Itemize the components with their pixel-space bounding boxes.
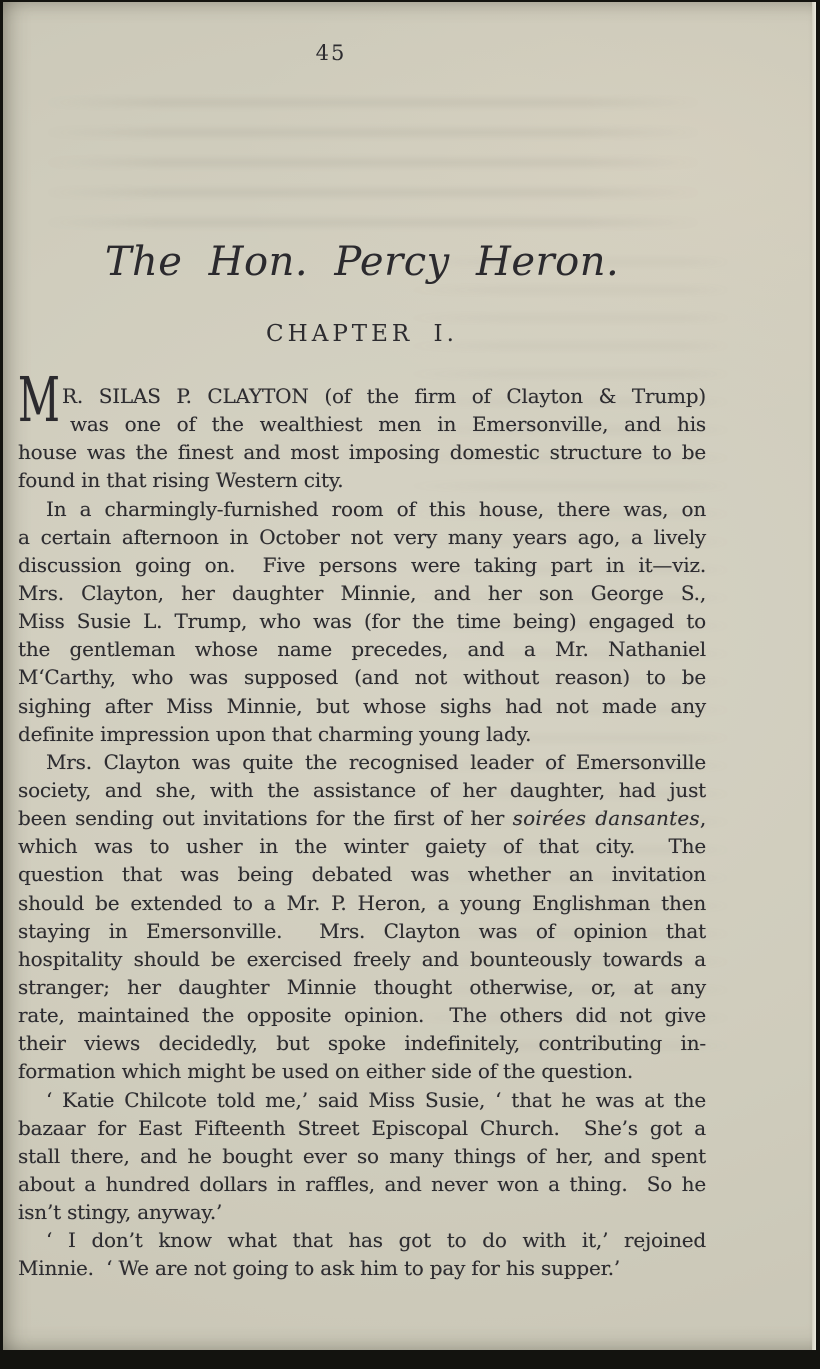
text-line: which was to usher in the winter gaiety …: [18, 832, 706, 860]
text-line: rate, maintained the opposite opinion. T…: [18, 1001, 706, 1029]
text-line: ‘ I don’t know what that has got to do w…: [18, 1226, 706, 1254]
text-line: about a hundred dollars in raffles, and …: [18, 1170, 706, 1198]
drop-cap: M: [18, 377, 60, 422]
text-line: the gentleman whose name precedes, and a…: [18, 635, 706, 663]
paragraph: MR. SILAS P. CLAYTON (of the firm of Cla…: [18, 382, 706, 495]
text-line: question that was being debated was whet…: [18, 860, 706, 888]
page-number: 45: [0, 41, 681, 65]
text-line: hospitality should be exercised freely a…: [18, 945, 706, 973]
chapter-heading: CHAPTER I.: [18, 321, 706, 347]
text-line: bazaar for East Fifteenth Street Episcop…: [18, 1114, 706, 1142]
paragraph: Mrs. Clayton was quite the recognised le…: [18, 748, 706, 1086]
text-line: stranger; her daughter Minnie thought ot…: [18, 973, 706, 1001]
text-line: In a charmingly-furnished room of this h…: [18, 495, 706, 523]
paragraph: In a charmingly-furnished room of this h…: [18, 495, 706, 748]
text-line: isn’t stingy, anyway.’: [18, 1198, 706, 1226]
scanned-book-page: 45 The Hon. Percy Heron. CHAPTER I. MR. …: [0, 0, 820, 1369]
paper-page: 45 The Hon. Percy Heron. CHAPTER I. MR. …: [3, 2, 816, 1350]
text-line: Miss Susie L. Trump, who was (for the ti…: [18, 607, 706, 635]
text-line: house was the finest and most imposing d…: [18, 438, 706, 466]
text-line: ‘ Katie Chilcote told me,’ said Miss Sus…: [18, 1086, 706, 1114]
text-line: should be extended to a Mr. P. Heron, a …: [18, 889, 706, 917]
text-line: definite impression upon that charming y…: [18, 720, 706, 748]
text-line: their views decidedly, but spoke indefin…: [18, 1029, 706, 1057]
text-line: Mrs. Clayton, her daughter Minnie, and h…: [18, 579, 706, 607]
book-title: The Hon. Percy Heron.: [18, 239, 706, 285]
text-line: found in that rising Western city.: [18, 466, 706, 494]
text-line: M‘Carthy, who was supposed (and not with…: [18, 663, 706, 691]
text-line: R. SILAS P. CLAYTON (of the firm of Clay…: [18, 382, 706, 410]
paragraph: ‘ I don’t know what that has got to do w…: [18, 1226, 706, 1282]
text-line: stall there, and he bought ever so many …: [18, 1142, 706, 1170]
text-line: discussion going on. Five persons were t…: [18, 551, 706, 579]
text-line: been sending out invitations for the fir…: [18, 804, 706, 832]
text-line: was one of the wealthiest men in Emerson…: [18, 410, 706, 438]
text-line: sighing after Miss Minnie, but whose sig…: [18, 692, 706, 720]
text-block: MR. SILAS P. CLAYTON (of the firm of Cla…: [18, 382, 706, 1283]
text-line: society, and she, with the assistance of…: [18, 776, 706, 804]
paragraph: ‘ Katie Chilcote told me,’ said Miss Sus…: [18, 1086, 706, 1227]
text-line: formation which might be used on either …: [18, 1057, 706, 1085]
text-line: Mrs. Clayton was quite the recognised le…: [18, 748, 706, 776]
text-line: Minnie. ‘ We are not going to ask him to…: [18, 1254, 706, 1282]
page-right-edge: [812, 2, 816, 1350]
bleedthrough-texture-top: [43, 94, 703, 244]
text-line: staying in Emersonville. Mrs. Clayton wa…: [18, 917, 706, 945]
text-line: a certain afternoon in October not very …: [18, 523, 706, 551]
